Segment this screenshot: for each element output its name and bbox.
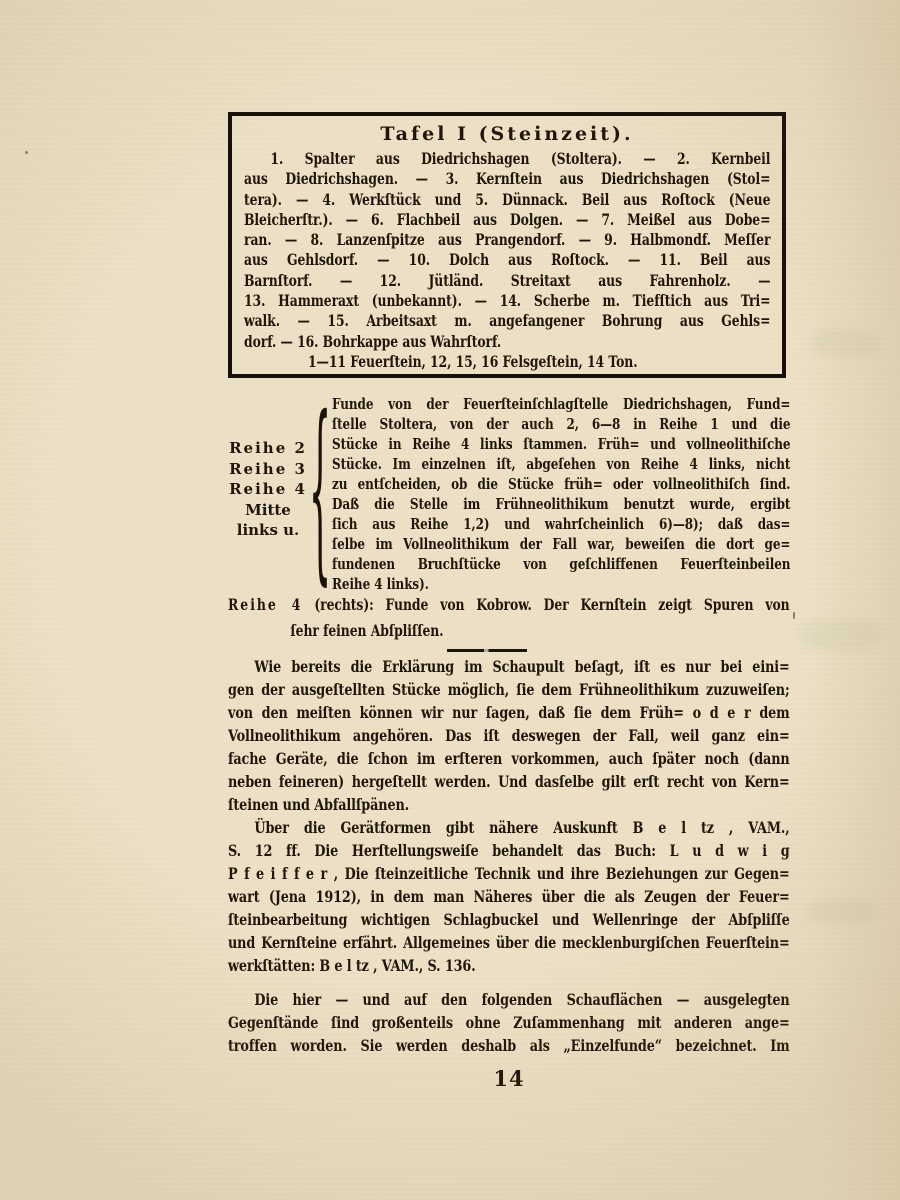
caption-line: dorf. — 16. Bohrkappe aus Wahrſtorf.: [244, 332, 770, 352]
caption-line: aus Diedrichshagen. — 3. Kernſtein aus D…: [244, 169, 770, 189]
caption-line: Barnſtorf. — 12. Jütländ. Streitaxt aus …: [244, 271, 770, 291]
reihe4-rechts-label: Reihe 4: [228, 595, 302, 614]
body-line: neben feineren) hergeſtellt werden. Und …: [228, 770, 790, 793]
page-number: 14: [228, 1066, 790, 1091]
body-line: ſteinen und Abfallſpänen.: [228, 793, 790, 816]
brace-text-line: ſich aus Reihe 1,2) und wahrſcheinlich 6…: [332, 514, 790, 534]
reihe-label: Reihe 4: [228, 479, 308, 500]
reihe4-rechts-text: (rechts): Funde von Kobrow. Der Kernſtei…: [314, 595, 789, 614]
body-line: ſteinbearbeitung wichtigen Schlagbuckel …: [228, 908, 790, 931]
caption-line: tera). — 4. Werkſtück und 5. Dünnack. Be…: [244, 190, 770, 210]
caption-line: Bleicherſtr.). — 6. Flachbeil aus Dolgen…: [244, 210, 770, 230]
caption-line: ran. — 8. Lanzenſpitze aus Prangendorf. …: [244, 230, 770, 250]
brace-column: {: [308, 394, 332, 594]
reihe4-rechts-block: Reihe 4 (rechts): Funde von Kobrow. Der …: [228, 592, 790, 644]
brace-text-line: zu entſcheiden, ob die Stücke früh= oder…: [332, 474, 790, 494]
scanned-book-page: Tafel I (Steinzeit). 1. Spalter aus Died…: [0, 0, 900, 1200]
reihe-label: Reihe 2: [228, 438, 308, 459]
curly-brace-glyph: {: [309, 379, 331, 605]
body-line: P f e i f f e r , Die ſteinzeitliche Tec…: [228, 862, 790, 885]
section-divider-rule: [447, 649, 527, 652]
reihe4-rechts-line: Reihe 4 (rechts): Funde von Kobrow. Der …: [228, 592, 790, 618]
brace-text: Funde von der Feuerſteinſchlagſtelle Die…: [332, 394, 790, 594]
caption-materials-line: 1—11 Feuerſtein, 12, 15, 16 Felsgeſtein,…: [244, 352, 770, 372]
caption-line: 1. Spalter aus Diedrichshagen (Stoltera)…: [244, 149, 770, 169]
caption-line: aus Gehlsdorf. — 10. Dolch aus Roſtock. …: [244, 250, 770, 270]
brace-text-line: Stücke in Reihe 4 links ſtammen. Früh= u…: [332, 434, 790, 454]
caption-line: walk. — 15. Arbeitsaxt m. angefangener B…: [244, 311, 770, 331]
brace-text-line: Daß die Stelle im Frühneolithikum benutz…: [332, 494, 790, 514]
body-line: Die hier — und auf den folgenden Schaufl…: [228, 988, 790, 1011]
paragraph-3: Die hier — und auf den folgenden Schaufl…: [228, 988, 790, 1057]
body-line: Vollneolithikum angehören. Das iſt deswe…: [228, 724, 790, 747]
caption-line: 13. Hammeraxt (unbekannt). — 14. Scherbe…: [244, 291, 770, 311]
reihe-brace-block: Reihe 2 Reihe 3 Reihe 4 Mitte links u. {…: [228, 394, 790, 594]
body-line: S. 12 ff. Die Herſtellungsweiſe behandel…: [228, 839, 790, 862]
paragraph-2: Über die Gerätformen gibt nähere Auskunf…: [228, 816, 790, 977]
brace-text-line: ſtelle Stoltera, von der auch 2, 6—8 in …: [332, 414, 790, 434]
body-line: gen der ausgeſtellten Stücke möglich, ſi…: [228, 678, 790, 701]
reihe-label: Mitte: [228, 500, 308, 521]
reihe-label: links u.: [228, 520, 308, 541]
tafel-title: Tafel I (Steinzeit).: [244, 121, 770, 147]
paper-speck: [793, 612, 795, 619]
body-line: troffen worden. Sie werden deshalb als „…: [228, 1034, 790, 1057]
tafel-caption-text: 1. Spalter aus Diedrichshagen (Stoltera)…: [244, 149, 770, 372]
show-through-blot: [810, 330, 880, 356]
brace-text-line: ſelbe im Vollneolithikum der Fall war, b…: [332, 534, 790, 554]
reihe-labels: Reihe 2 Reihe 3 Reihe 4 Mitte links u.: [228, 394, 308, 594]
body-line: fache Geräte, die ſchon im erſteren vork…: [228, 747, 790, 770]
brace-text-line: Funde von der Feuerſteinſchlagſtelle Die…: [332, 394, 790, 414]
paper-speck: [25, 151, 28, 154]
body-line: Über die Gerätformen gibt nähere Auskunf…: [228, 816, 790, 839]
body-line: von den meiſten können wir nur ſagen, da…: [228, 701, 790, 724]
tafel-caption-box: Tafel I (Steinzeit). 1. Spalter aus Died…: [228, 112, 786, 378]
brace-text-line: fundenen Bruchſtücke von geſchliffenen F…: [332, 554, 790, 574]
brace-text-line: Stücke. Im einzelnen iſt, abgeſehen von …: [332, 454, 790, 474]
paragraph-1: Wie bereits die Erklärung im Schaupult b…: [228, 655, 790, 816]
reihe4-rechts-line2: ſehr feinen Abſpliſſen.: [228, 618, 790, 644]
body-text: Wie bereits die Erklärung im Schaupult b…: [228, 655, 790, 1057]
body-line: werkſtätten: B e l tz , VAM., S. 136.: [228, 954, 790, 977]
body-line: wart (Jena 1912), in dem man Näheres übe…: [228, 885, 790, 908]
body-line: und Kernſteine erfährt. Allgemeines über…: [228, 931, 790, 954]
brace-text-line: Reihe 4 links).: [332, 574, 790, 594]
show-through-blot: [805, 900, 875, 924]
body-line: Wie bereits die Erklärung im Schaupult b…: [228, 655, 790, 678]
body-line: Gegenſtände ſind großenteils ohne Zuſamm…: [228, 1011, 790, 1034]
show-through-blot: [800, 620, 880, 650]
reihe-label: Reihe 3: [228, 459, 308, 480]
